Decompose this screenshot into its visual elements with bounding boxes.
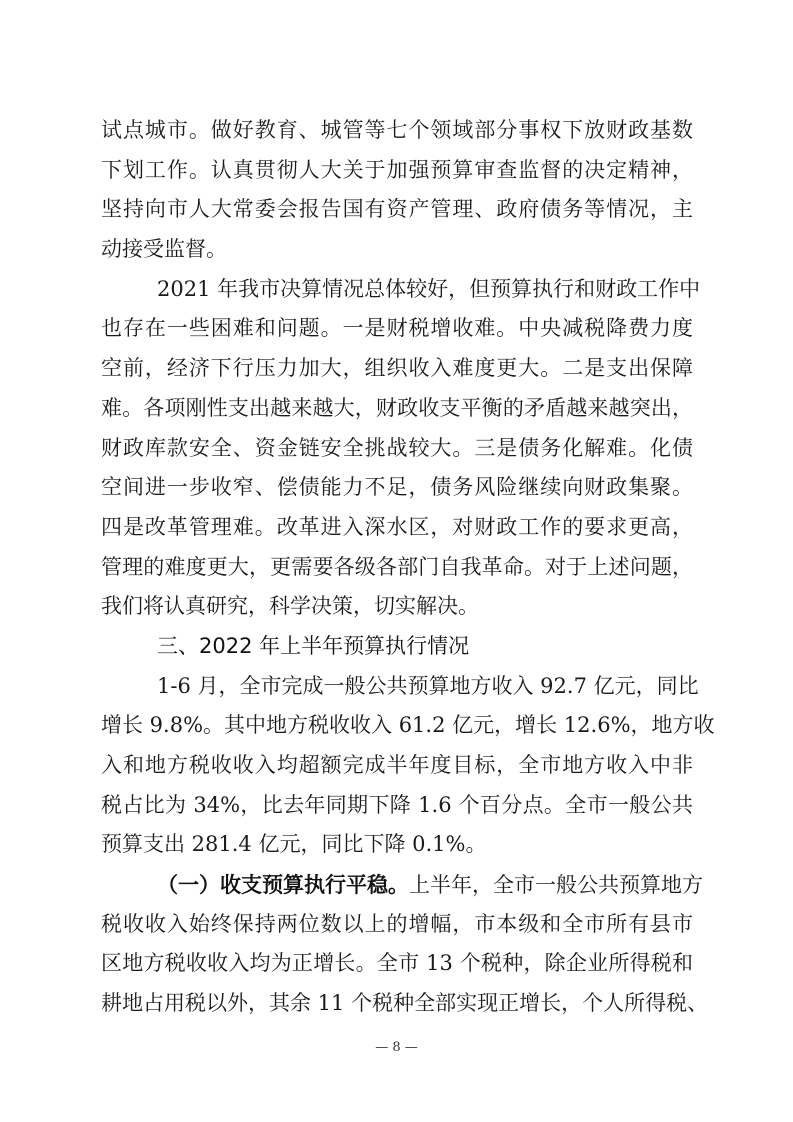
- text-line: 1-6 月，全市完成一般公共预算地方收入 92.7 亿元，同比: [101, 667, 693, 707]
- section-heading: 三、2022 年上半年预算执行情况: [101, 627, 693, 667]
- paragraph-subsection-1: （一）收支预算执行平稳。上半年，全市一般公共预算地方 税收收入始终保持两位数以上…: [101, 865, 693, 1024]
- text-line: 空间进一步收窄、偿债能力不足，债务风险继续向财政集聚。: [101, 468, 693, 508]
- paragraph-h1-summary: 1-6 月，全市完成一般公共预算地方收入 92.7 亿元，同比 增长 9.8%。…: [101, 667, 693, 865]
- subsection-title: （一）收支预算执行平稳。: [157, 872, 409, 897]
- text-line: 坚持向市人大常委会报告国有资产管理、政府债务等情况，主: [101, 190, 693, 230]
- text-run: 上半年，全市一般公共预算地方: [409, 873, 703, 897]
- text-line: 管理的难度更大，更需要各级各部门自我革命。对于上述问题，: [101, 548, 693, 588]
- text-line: 增长 9.8%。其中地方税收收入 61.2 亿元，增长 12.6%，地方收: [101, 706, 693, 746]
- text-line: 耕地占用税以外，其余 11 个税种全部实现正增长，个人所得税、: [101, 984, 693, 1024]
- text-line: 动接受监督。: [101, 230, 693, 270]
- text-line: 税收收入始终保持两位数以上的增幅，市本级和全市所有县市: [101, 905, 693, 945]
- text-line: 下划工作。认真贯彻人大关于加强预算审查监督的决定精神，: [101, 151, 693, 191]
- text-line: 财政库款安全、资金链安全挑战较大。三是债务化解难。化债: [101, 429, 693, 469]
- paragraph-continuation: 试点城市。做好教育、城管等七个领域部分事权下放财政基数 下划工作。认真贯彻人大关…: [101, 111, 693, 270]
- paragraph-2021-problems: 2021 年我市决算情况总体较好，但预算执行和财政工作中 也存在一些困难和问题。…: [101, 270, 693, 627]
- document-page: 试点城市。做好教育、城管等七个领域部分事权下放财政基数 下划工作。认真贯彻人大关…: [101, 111, 693, 1024]
- text-line: （一）收支预算执行平稳。上半年，全市一般公共预算地方: [101, 865, 693, 905]
- page-number: — 8 —: [0, 1040, 793, 1055]
- text-line: 预算支出 281.4 亿元，同比下降 0.1%。: [101, 825, 693, 865]
- text-line: 入和地方税收收入均超额完成半年度目标，全市地方收入中非: [101, 746, 693, 786]
- text-line: 难。各项刚性支出越来越大，财政收支平衡的矛盾越来越突出，: [101, 389, 693, 429]
- text-line: 区地方税收收入均为正增长。全市 13 个税种，除企业所得税和: [101, 944, 693, 984]
- text-line: 空前，经济下行压力加大，组织收入难度更大。二是支出保障: [101, 349, 693, 389]
- text-line: 2021 年我市决算情况总体较好，但预算执行和财政工作中: [101, 270, 693, 310]
- text-line: 我们将认真研究，科学决策，切实解决。: [101, 587, 693, 627]
- text-line: 税占比为 34%，比去年同期下降 1.6 个百分点。全市一般公共: [101, 786, 693, 826]
- text-line: 也存在一些困难和问题。一是财税增收难。中央减税降费力度: [101, 309, 693, 349]
- text-line: 试点城市。做好教育、城管等七个领域部分事权下放财政基数: [101, 111, 693, 151]
- text-line: 四是改革管理难。改革进入深水区，对财政工作的要求更高，: [101, 508, 693, 548]
